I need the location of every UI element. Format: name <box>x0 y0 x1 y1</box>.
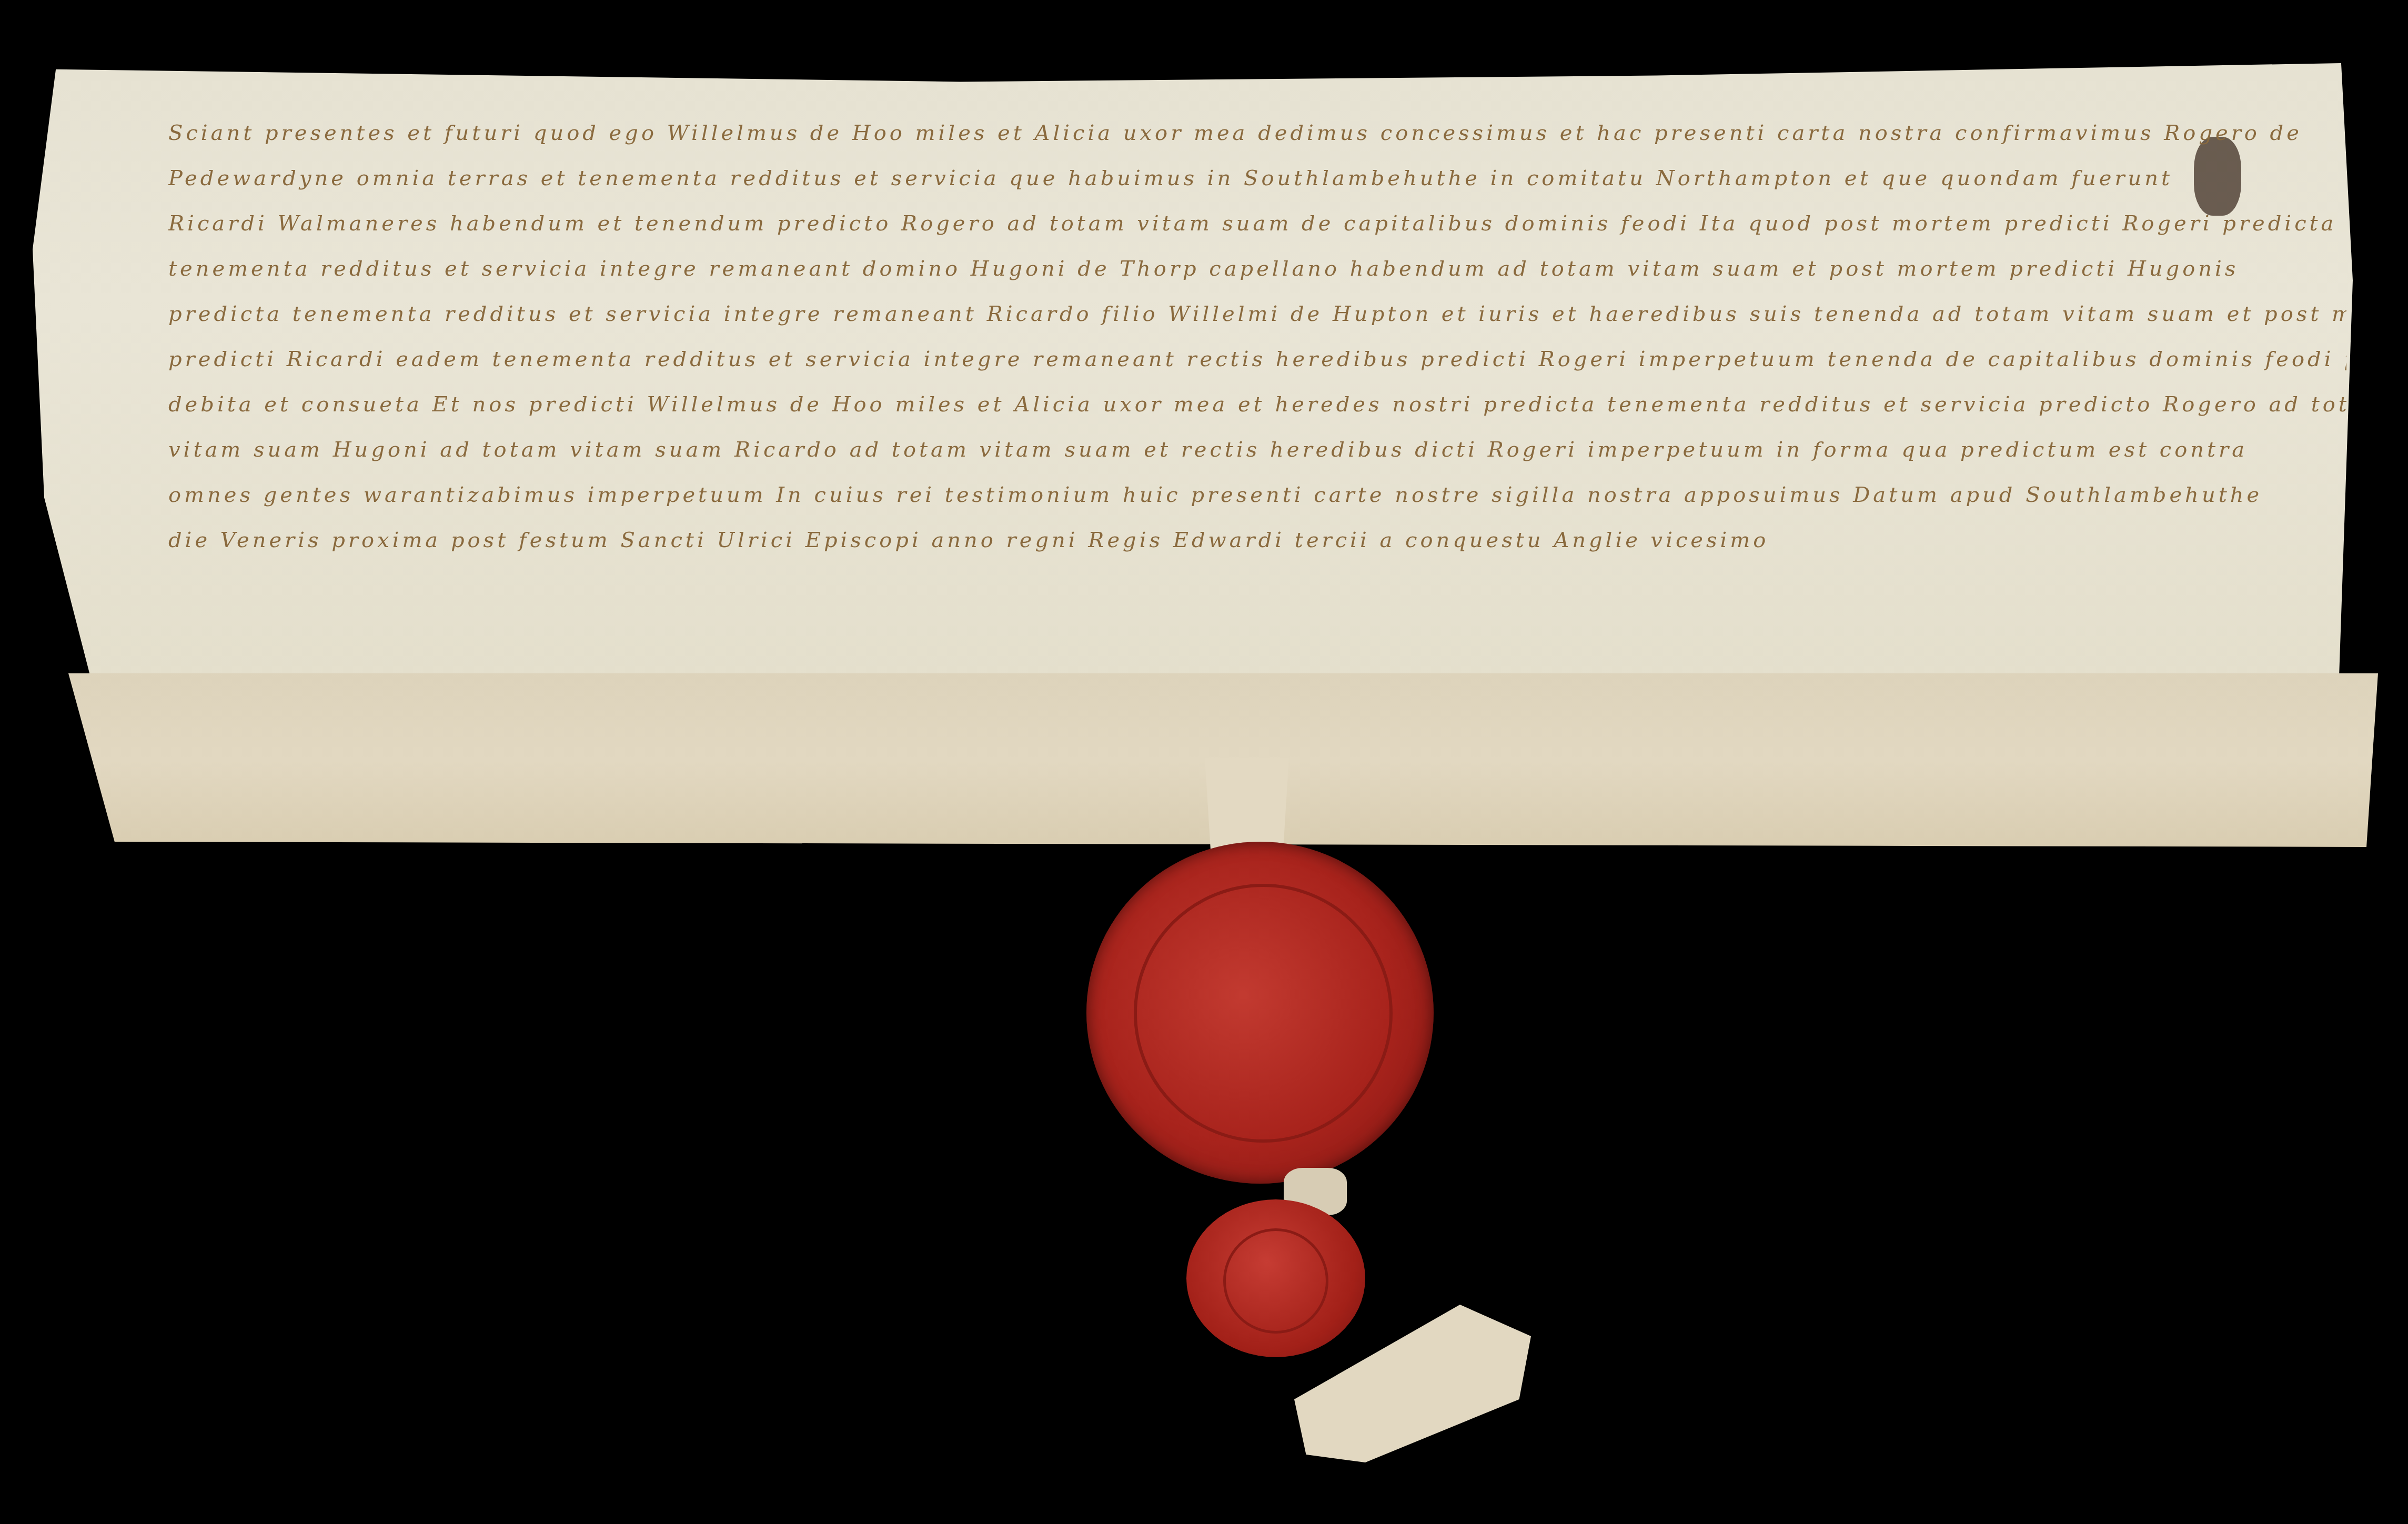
small-wax-seal <box>1186 1199 1365 1357</box>
text-line: Pedewardyne omnia terras et tenementa re… <box>168 166 2346 211</box>
text-line: Ricardi Walmaneres habendum et tenendum … <box>168 211 2346 257</box>
text-line: debita et consueta Et nos predicti Wille… <box>168 392 2346 438</box>
text-line: vitam suam Hugoni ad totam vitam suam Ri… <box>168 438 2346 483</box>
image-subject: Medieval Latin charter on parchment with… <box>0 0 1 1</box>
text-line: Sciant presentes et futuri quod ego Will… <box>168 121 2346 166</box>
text-line: predicti Ricardi eadem tenementa redditu… <box>168 347 2346 392</box>
charter-text: Sciant presentes et futuri quod ego Will… <box>168 121 2346 573</box>
text-line: omnes gentes warantizabimus imperpetuum … <box>168 483 2346 528</box>
text-line: die Veneris proxima post festum Sancti U… <box>168 528 2346 573</box>
large-wax-seal <box>1086 842 1434 1184</box>
seal-impression <box>1134 884 1393 1143</box>
text-line: predicta tenementa redditus et servicia … <box>168 302 2346 347</box>
signet-impression <box>1223 1228 1328 1334</box>
text-line: tenementa redditus et servicia integre r… <box>168 257 2346 302</box>
